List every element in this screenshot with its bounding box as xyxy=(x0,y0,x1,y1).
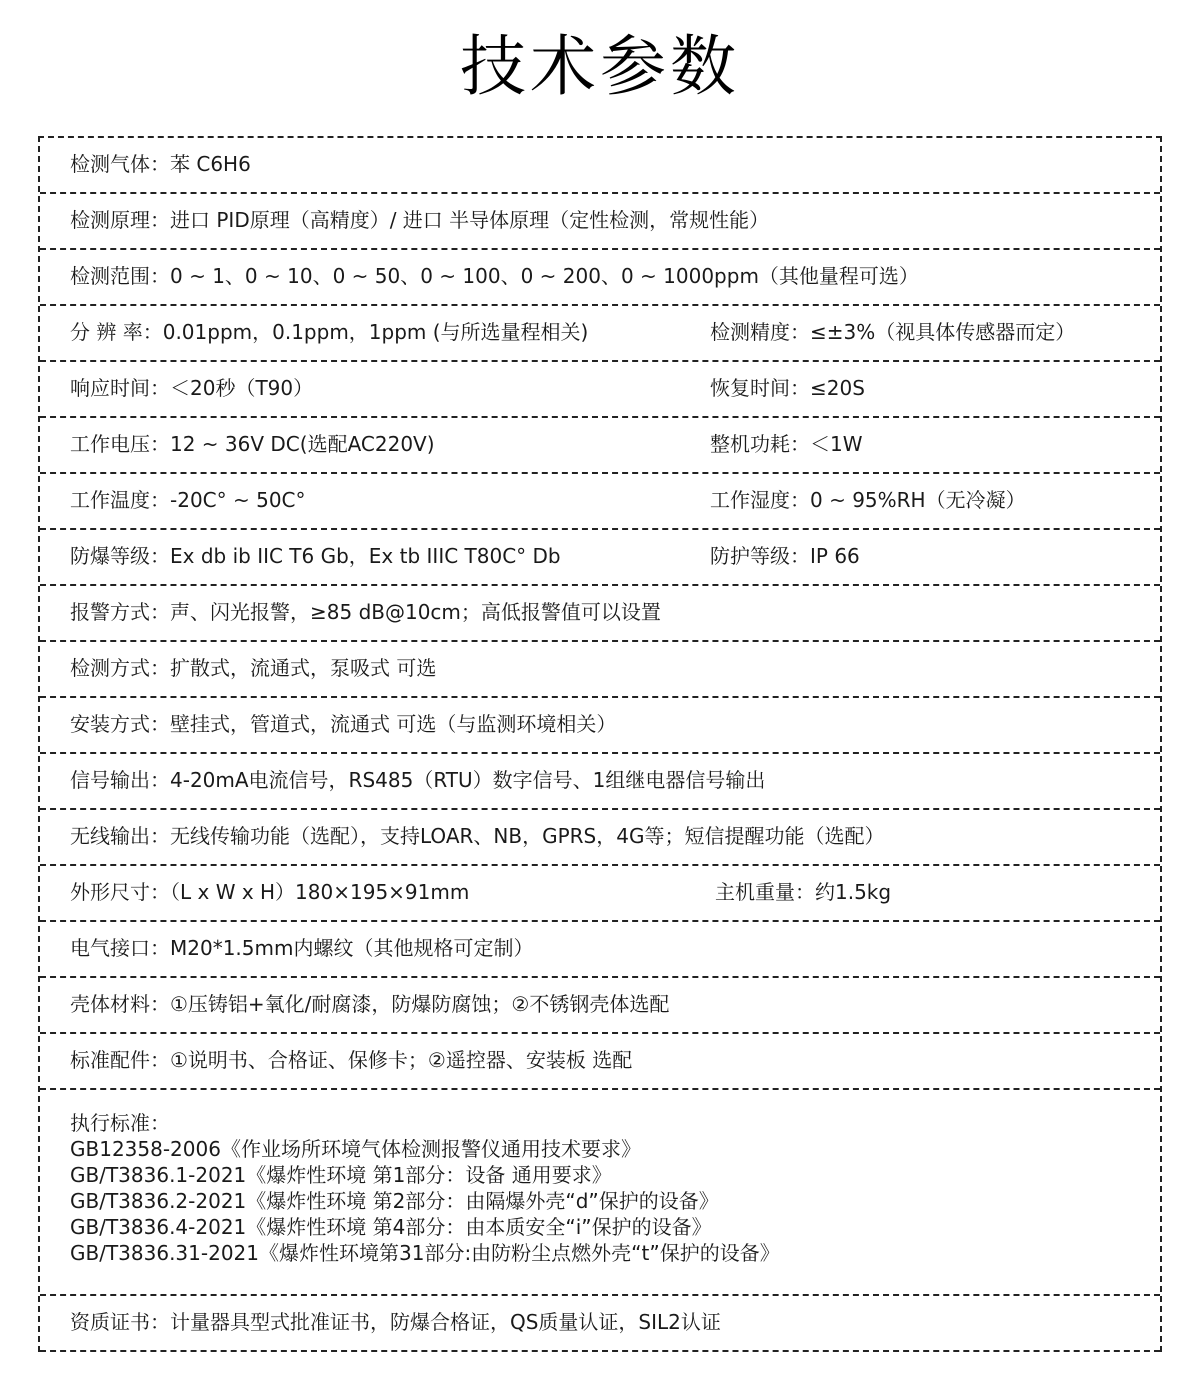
spec-row-wireless-output: 无线输出：无线传输功能（选配），支持LOAR、NB，GPRS，4G等；短信提醒功… xyxy=(40,810,1160,866)
spec-value: 计量器具型式批准证书，防爆合格证，QS质量认证，SIL2认证 xyxy=(170,1310,721,1334)
spec-value: M20*1.5mm内螺纹（其他规格可定制） xyxy=(170,936,533,960)
spec-row-standards: 执行标准： GB12358-2006《作业场所环境气体检测报警仪通用技术要求》 … xyxy=(40,1090,1160,1296)
spec-value: 0 ~ 95%RH（无冷凝） xyxy=(810,488,1026,512)
spec-label: 安装方式： xyxy=(70,712,170,736)
spec-label: 防护等级： xyxy=(710,544,810,568)
spec-row-certificates: 资质证书：计量器具型式批准证书，防爆合格证，QS质量认证，SIL2认证 xyxy=(40,1296,1160,1352)
spec-value: ①压铸铝+氧化/耐腐漆，防爆防腐蚀；②不锈钢壳体选配 xyxy=(170,992,669,1016)
spec-value: ＜1W xyxy=(810,432,863,456)
spec-label: 资质证书： xyxy=(70,1310,170,1334)
spec-value: 无线传输功能（选配），支持LOAR、NB，GPRS，4G等；短信提醒功能（选配） xyxy=(170,824,884,848)
spec-label: 标准配件： xyxy=(70,1048,170,1072)
spec-value: 0.01ppm，0.1ppm，1ppm (与所选量程相关) xyxy=(163,320,589,344)
spec-value: 扩散式，流通式，泵吸式 可选 xyxy=(170,656,436,680)
spec-row-resolution-accuracy: 分 辨 率：0.01ppm，0.1ppm，1ppm (与所选量程相关) 检测精度… xyxy=(40,306,1160,362)
standard-item: GB/T3836.1-2021《爆炸性环境 第1部分：设备 通用要求》 xyxy=(40,1162,1160,1188)
spec-label: 电气接口： xyxy=(70,936,170,960)
spec-label: 壳体材料： xyxy=(70,992,170,1016)
spec-label: 无线输出： xyxy=(70,824,170,848)
spec-row-explosion-protection: 防爆等级：Ex db ib IIC T6 Gb，Ex tb IIIC T80C°… xyxy=(40,530,1160,586)
spec-row-response-recovery: 响应时间：＜20秒（T90） 恢复时间：≤20S xyxy=(40,362,1160,418)
spec-row-detection-mode: 检测方式：扩散式，流通式，泵吸式 可选 xyxy=(40,642,1160,698)
spec-row-standard-accessories: 标准配件：①说明书、合格证、保修卡；②遥控器、安装板 选配 xyxy=(40,1034,1160,1090)
spec-label: 检测精度： xyxy=(710,320,810,344)
spec-row-dimensions-weight: 外形尺寸：（L x W x H）180×195×91mm 主机重量：约1.5kg xyxy=(40,866,1160,922)
spec-label: 主机重量： xyxy=(715,880,815,904)
spec-value: ≤±3%（视具体传感器而定） xyxy=(810,320,1075,344)
spec-value: 约1.5kg xyxy=(815,880,891,904)
spec-value: 苯 C6H6 xyxy=(170,152,251,176)
spec-label: 工作温度： xyxy=(70,488,170,512)
spec-value: （L x W x H）180×195×91mm xyxy=(170,880,469,904)
spec-label: 分 辨 率： xyxy=(70,320,163,344)
spec-label: 检测气体： xyxy=(70,152,170,176)
spec-value: -20C° ~ 50C° xyxy=(170,488,306,512)
spec-label: 报警方式： xyxy=(70,600,170,624)
spec-row-voltage-power: 工作电压：12 ~ 36V DC(选配AC220V) 整机功耗：＜1W xyxy=(40,418,1160,474)
spec-label: 外形尺寸： xyxy=(70,880,170,904)
standard-item: GB/T3836.4-2021《爆炸性环境 第4部分：由本质安全“i”保护的设备… xyxy=(40,1214,1160,1240)
spec-label: 工作湿度： xyxy=(710,488,810,512)
spec-value: 壁挂式，管道式，流通式 可选（与监测环境相关） xyxy=(170,712,616,736)
spec-label: 信号输出： xyxy=(70,768,170,792)
spec-value: 4-20mA电流信号，RS485（RTU）数字信号、1组继电器信号输出 xyxy=(170,768,765,792)
spec-row-alarm: 报警方式：声、闪光报警，≥85 dB@10cm；高低报警值可以设置 xyxy=(40,586,1160,642)
spec-value: 进口 PID原理（高精度）/ 进口 半导体原理（定性检测，常规性能） xyxy=(170,208,769,232)
spec-label: 恢复时间： xyxy=(710,376,810,400)
spec-value: 声、闪光报警，≥85 dB@10cm；高低报警值可以设置 xyxy=(170,600,661,624)
spec-value: 0 ~ 1、0 ~ 10、0 ~ 50、0 ~ 100、0 ~ 200、0 ~ … xyxy=(170,264,919,288)
spec-label: 检测范围： xyxy=(70,264,170,288)
spec-row-housing-material: 壳体材料：①压铸铝+氧化/耐腐漆，防爆防腐蚀；②不锈钢壳体选配 xyxy=(40,978,1160,1034)
spec-row-range: 检测范围：0 ~ 1、0 ~ 10、0 ~ 50、0 ~ 100、0 ~ 200… xyxy=(40,250,1160,306)
spec-value: ①说明书、合格证、保修卡；②遥控器、安装板 选配 xyxy=(170,1048,632,1072)
spec-label: 检测原理： xyxy=(70,208,170,232)
standard-item: GB/T3836.2-2021《爆炸性环境 第2部分：由隔爆外壳“d”保护的设备… xyxy=(40,1188,1160,1214)
spec-label: 整机功耗： xyxy=(710,432,810,456)
spec-table: 检测气体：苯 C6H6 检测原理：进口 PID原理（高精度）/ 进口 半导体原理… xyxy=(38,136,1162,1352)
spec-value: ≤20S xyxy=(810,376,865,400)
standards-label: 执行标准： xyxy=(40,1110,1160,1136)
spec-value: ＜20秒（T90） xyxy=(170,376,313,400)
spec-label: 工作电压： xyxy=(70,432,170,456)
spec-row-principle: 检测原理：进口 PID原理（高精度）/ 进口 半导体原理（定性检测，常规性能） xyxy=(40,194,1160,250)
spec-value: Ex db ib IIC T6 Gb，Ex tb IIIC T80C° Db xyxy=(170,544,561,568)
spec-row-gas: 检测气体：苯 C6H6 xyxy=(40,138,1160,194)
spec-row-electrical-interface: 电气接口：M20*1.5mm内螺纹（其他规格可定制） xyxy=(40,922,1160,978)
page-title: 技术参数 xyxy=(0,22,1200,112)
standard-item: GB/T3836.31-2021《爆炸性环境第31部分:由防粉尘点燃外壳“t”保… xyxy=(40,1240,1160,1266)
spec-row-temp-humidity: 工作温度：-20C° ~ 50C° 工作湿度：0 ~ 95%RH（无冷凝） xyxy=(40,474,1160,530)
spec-value: IP 66 xyxy=(810,544,860,568)
spec-label: 响应时间： xyxy=(70,376,170,400)
spec-label: 防爆等级： xyxy=(70,544,170,568)
spec-label: 检测方式： xyxy=(70,656,170,680)
spec-value: 12 ~ 36V DC(选配AC220V) xyxy=(170,432,435,456)
spec-row-installation: 安装方式：壁挂式，管道式，流通式 可选（与监测环境相关） xyxy=(40,698,1160,754)
standard-item: GB12358-2006《作业场所环境气体检测报警仪通用技术要求》 xyxy=(40,1136,1160,1162)
spec-row-signal-output: 信号输出：4-20mA电流信号，RS485（RTU）数字信号、1组继电器信号输出 xyxy=(40,754,1160,810)
